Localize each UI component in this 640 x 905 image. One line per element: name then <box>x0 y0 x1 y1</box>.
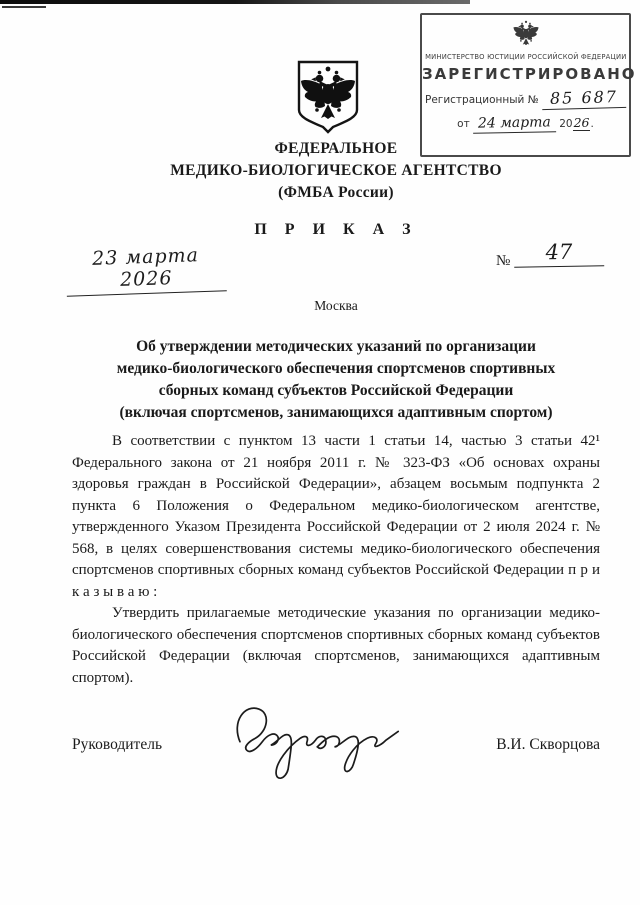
document-title-line2: медико-биологического обеспечения спортс… <box>60 358 612 380</box>
document-title-line1: Об утверждении методических указаний по … <box>60 336 612 358</box>
stamp-reg-number-value: 85 687 <box>542 87 627 110</box>
agency-name-line2: МЕДИКО-БИОЛОГИЧЕСКОЕ АГЕНТСТВО <box>72 160 600 182</box>
document-date-handwritten: 23 марта 2026 <box>65 243 227 297</box>
document-type-heading: П Р И К А З <box>72 221 600 239</box>
document-title-line4: (включая спортсменов, занимающихся адапт… <box>60 402 612 424</box>
document-title: Об утверждении методических указаний по … <box>60 336 612 424</box>
stamp-registered-label: ЗАРЕГИСТРИРОВАНО <box>422 65 629 83</box>
signature-position-label: Руководитель <box>72 736 162 754</box>
signature-autograph-icon <box>215 697 430 788</box>
agency-name-line3: (ФМБА России) <box>72 182 600 204</box>
date-number-row: 23 марта 2026 № 47 <box>72 244 600 280</box>
coat-of-arms-icon <box>295 59 361 140</box>
stamp-period: . <box>590 118 593 130</box>
document-title-line3: сборных команд субъектов Российской Феде… <box>60 380 612 402</box>
stamp-date-prefix: от <box>457 118 470 130</box>
body-paragraph-2: Утвердить прилагаемые методические указа… <box>72 603 600 689</box>
document-body: В соответствии с пунктом 13 части 1 стат… <box>72 431 600 689</box>
document-city: Москва <box>72 298 600 314</box>
body-paragraph-1: В соответствии с пунктом 13 части 1 стат… <box>72 431 600 603</box>
registration-stamp: МИНИСТЕРСТВО ЮСТИЦИИ РОССИЙСКОЙ ФЕДЕРАЦИ… <box>420 13 631 157</box>
stamp-reg-number-label: Регистрационный № <box>425 94 539 106</box>
stamp-date-line: от 24 марта 2026. <box>422 115 629 133</box>
signature-name: В.И. Скворцова <box>496 736 600 754</box>
scan-artifact-mark <box>2 6 46 8</box>
stamp-registration-line: Регистрационный № 85 687 <box>422 88 629 109</box>
document-number-label: № <box>496 253 510 270</box>
stamp-eagle-icon <box>422 20 629 51</box>
stamp-date-day-month: 24 марта <box>473 114 556 133</box>
stamp-year-printed: 20 <box>559 118 572 130</box>
agency-name: ФЕДЕРАЛЬНОЕ МЕДИКО-БИОЛОГИЧЕСКОЕ АГЕНТСТ… <box>72 138 600 204</box>
scan-artifact-bar <box>0 0 470 4</box>
agency-name-line1: ФЕДЕРАЛЬНОЕ <box>72 138 600 160</box>
document-number-value: 47 <box>514 239 604 268</box>
document-page: МИНИСТЕРСТВО ЮСТИЦИИ РОССИЙСКОЙ ФЕДЕРАЦИ… <box>0 0 640 905</box>
stamp-ministry-label: МИНИСТЕРСТВО ЮСТИЦИИ РОССИЙСКОЙ ФЕДЕРАЦИ… <box>425 53 626 61</box>
stamp-year-handwritten: 26 <box>573 115 591 131</box>
